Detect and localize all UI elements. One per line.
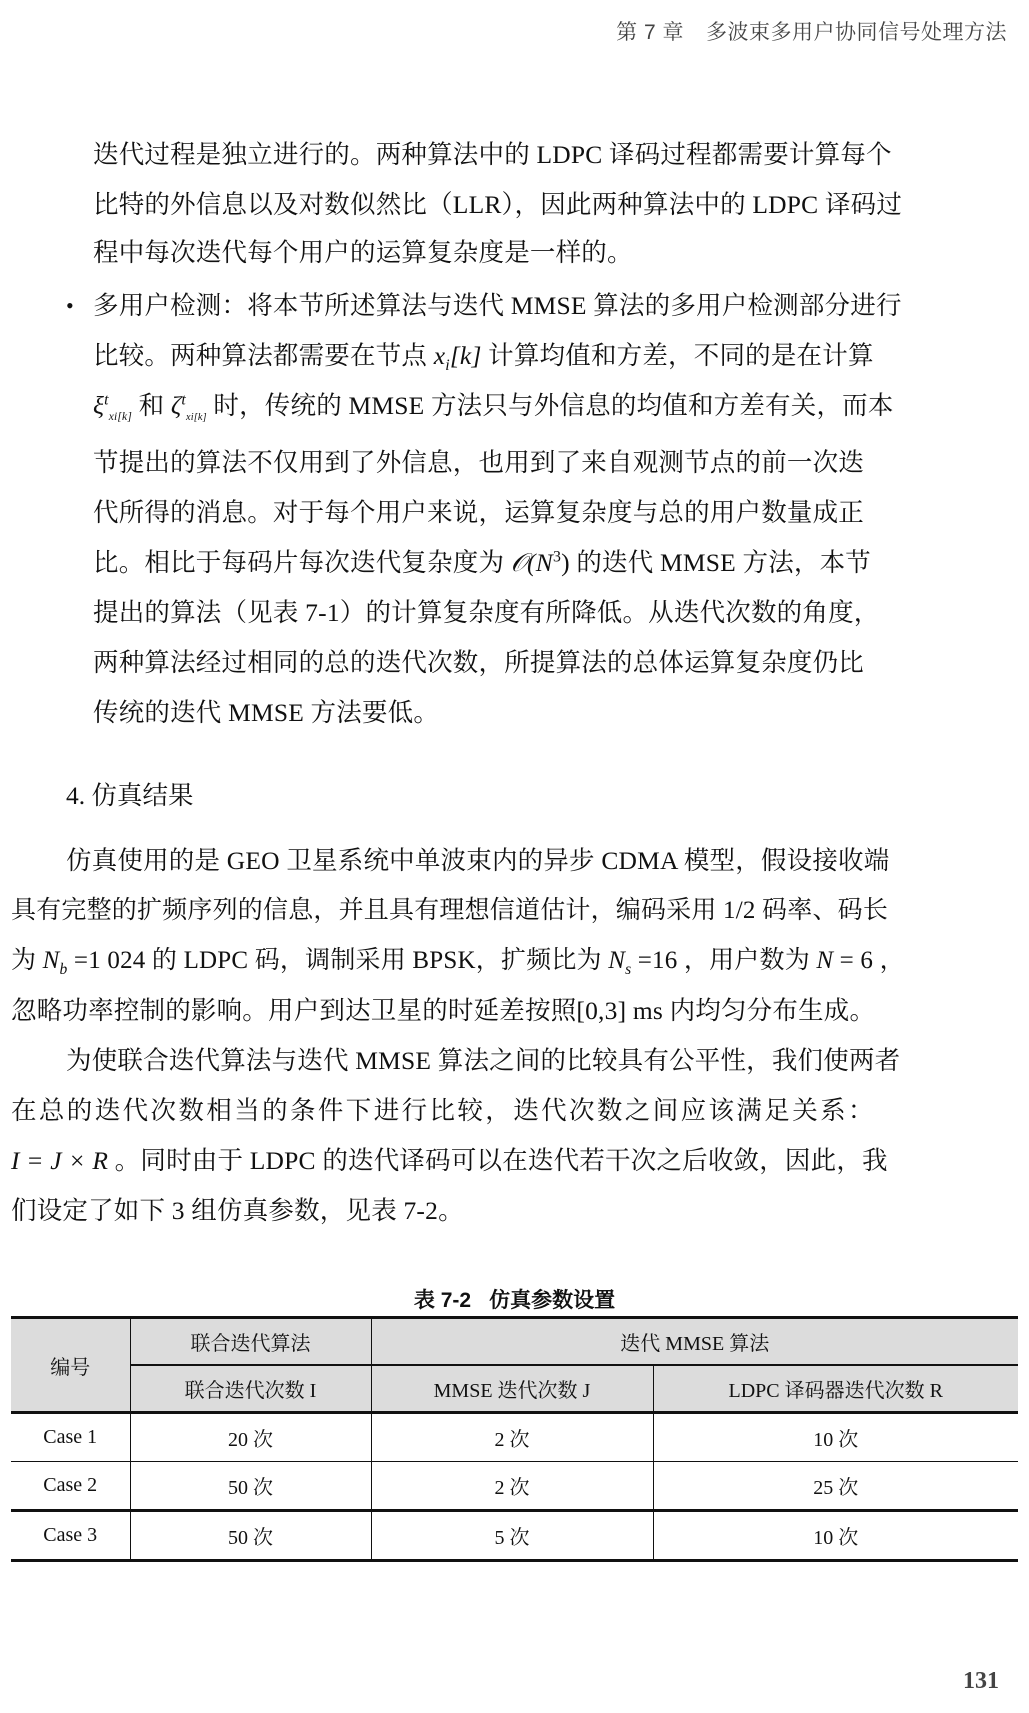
text: =1 024 的 LDPC 码，调制采用 BPSK，扩频比为 <box>67 947 608 974</box>
text: 和 <box>139 391 165 420</box>
paragraph-line: 在总的迭代次数相当的条件下进行比较，迭代次数之间应该满足关系： <box>11 1096 876 1126</box>
cell-r: 10 次 <box>653 1511 1018 1561</box>
math-sub: xi[k] <box>109 411 132 423</box>
header-col-i: 联合迭代次数 I <box>130 1365 371 1413</box>
math-var-n: N <box>608 947 625 974</box>
bullet-line: ξtxi[k] 和 ζtxi[k] 时，传统的 MMSE 方法只与外信息的均值和… <box>93 391 894 421</box>
cell-j: 5 次 <box>371 1511 653 1561</box>
paragraph-line: 为 Nb =1 024 的 LDPC 码，调制采用 BPSK，扩频比为 Ns =… <box>11 946 905 976</box>
table-caption: 表 7-2仿真参数设置 <box>0 1284 1029 1314</box>
page-number: 131 <box>963 1668 999 1695</box>
table-row: Case 1 20 次 2 次 10 次 <box>11 1413 1018 1462</box>
bullet-line: 比较。两种算法都需要在节点 xi[k] 计算均值和方差，不同的是在计算 <box>93 341 874 371</box>
bullet-line: 传统的迭代 MMSE 方法要低。 <box>93 698 439 728</box>
text: 为 <box>11 947 43 974</box>
header-col-r: LDPC 译码器迭代次数 R <box>653 1365 1018 1413</box>
bullet-line: 提出的算法（见表 7-1）的计算复杂度有所降低。从迭代次数的角度， <box>93 598 879 628</box>
paragraph-line: 为使联合迭代算法与迭代 MMSE 算法之间的比较具有公平性，我们使两者 <box>66 1046 900 1076</box>
cell-r: 10 次 <box>653 1413 1018 1462</box>
paragraph-line: 忽略功率控制的影响。用户到达卫星的时延差按照[0,3] ms 内均匀分布生成。 <box>11 996 875 1026</box>
header-group-mmse: 迭代 MMSE 算法 <box>371 1318 1018 1366</box>
text: = 6 ， <box>833 947 905 974</box>
table-row: Case 3 50 次 5 次 10 次 <box>11 1511 1018 1561</box>
text: =16 ，用户数为 <box>631 947 816 974</box>
header-col-j: MMSE 迭代次数 J <box>371 1365 653 1413</box>
paragraph-line: 迭代过程是独立进行的。两种算法中的 LDPC 译码过程都需要计算每个 <box>93 140 892 170</box>
math-equation: I = J × R <box>11 1146 108 1175</box>
math-sup: t <box>104 392 109 409</box>
math-big-o: 𝒪(N <box>511 548 553 577</box>
bullet-marker: • <box>66 293 74 319</box>
chapter-title: 多波束多用户协同信号处理方法 <box>706 21 1007 44</box>
paragraph-line: 比特的外信息以及对数似然比（LLR），因此两种算法中的 LDPC 译码过 <box>93 190 902 220</box>
cell-id: Case 3 <box>11 1511 130 1561</box>
bullet-line: 代所得的消息。对于每个用户来说，运算复杂度与总的用户数量成正 <box>93 498 864 528</box>
section-heading: 4. 仿真结果 <box>66 776 194 812</box>
paragraph-line: 仿真使用的是 GEO 卫星系统中单波束内的异步 CDMA 模型，假设接收端 <box>66 846 889 876</box>
text: 时，传统的 MMSE 方法只与外信息的均值和方差有关，而本 <box>213 391 893 420</box>
cell-j: 2 次 <box>371 1462 653 1511</box>
paragraph-line: 程中每次迭代每个用户的运算复杂度是一样的。 <box>93 238 633 268</box>
math-sup: t <box>181 392 186 409</box>
bullet-line: 比。相比于每码片每次迭代复杂度为 𝒪(N3) 的迭代 MMSE 方法，本节 <box>93 548 871 578</box>
math-var-n: N <box>43 947 60 974</box>
cell-i: 50 次 <box>130 1511 371 1561</box>
table-header-row: 联合迭代次数 I MMSE 迭代次数 J LDPC 译码器迭代次数 R <box>11 1365 1018 1413</box>
math-sub: xi[k] <box>186 412 207 423</box>
cell-j: 2 次 <box>371 1413 653 1462</box>
chapter-number: 第 7 章 <box>616 21 684 44</box>
header-id: 编号 <box>11 1318 130 1413</box>
math-zeta: ζ <box>171 391 182 420</box>
text: 。同时由于 LDPC 的迭代译码可以在迭代若干次之后收敛，因此，我 <box>108 1146 888 1175</box>
cell-i: 20 次 <box>130 1413 371 1462</box>
simulation-params-table: 编号 联合迭代算法 迭代 MMSE 算法 联合迭代次数 I MMSE 迭代次数 … <box>11 1316 1018 1562</box>
bullet-line: 两种算法经过相同的总的迭代次数，所提算法的总体运算复杂度仍比 <box>93 648 864 678</box>
math-var-x: x <box>434 341 446 370</box>
text: ) <box>561 548 570 577</box>
cell-r: 25 次 <box>653 1462 1018 1511</box>
table-caption-number: 表 7-2 <box>414 1289 471 1312</box>
paragraph-line: 们设定了如下 3 组仿真参数，见表 7-2。 <box>11 1196 464 1226</box>
table-row: Case 2 50 次 2 次 25 次 <box>11 1462 1018 1511</box>
bullet-line: 节提出的算法不仅用到了外信息，也用到了来自观测节点的前一次迭 <box>93 448 864 478</box>
cell-i: 50 次 <box>130 1462 371 1511</box>
text: 比。相比于每码片每次迭代复杂度为 <box>93 548 511 577</box>
table-header-row: 编号 联合迭代算法 迭代 MMSE 算法 <box>11 1318 1018 1366</box>
header-group-joint: 联合迭代算法 <box>130 1318 371 1366</box>
text: 的迭代 MMSE 方法，本节 <box>570 548 871 577</box>
text: 计算均值和方差，不同的是在计算 <box>482 341 874 370</box>
cell-id: Case 2 <box>11 1462 130 1511</box>
text: 比较。两种算法都需要在节点 <box>93 341 434 370</box>
table-caption-title: 仿真参数设置 <box>489 1289 615 1312</box>
math-bracket: [k] <box>450 341 482 370</box>
math-xi: ξ <box>93 391 104 420</box>
math-var-n: N <box>816 947 833 974</box>
paragraph-line: 具有完整的扩频序列的信息，并且具有理想信道估计，编码采用 1/2 码率、码长 <box>11 896 888 926</box>
running-header: 第 7 章多波束多用户协同信号处理方法 <box>616 16 1007 46</box>
bullet-line: 多用户检测：将本节所述算法与迭代 MMSE 算法的多用户检测部分进行 <box>93 291 902 321</box>
paragraph-line: I = J × R 。同时由于 LDPC 的迭代译码可以在迭代若干次之后收敛，因… <box>11 1146 888 1176</box>
math-sup: 3 <box>553 549 561 566</box>
cell-id: Case 1 <box>11 1413 130 1462</box>
